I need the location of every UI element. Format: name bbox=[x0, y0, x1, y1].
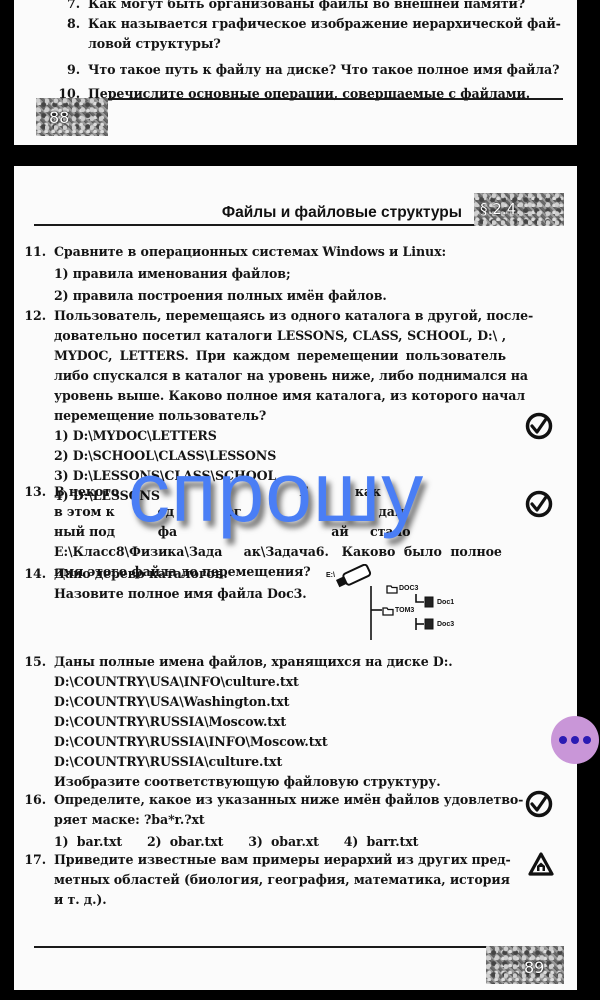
warning-house-icon bbox=[528, 852, 554, 876]
dot bbox=[583, 736, 591, 744]
file-icon bbox=[424, 618, 434, 630]
file-icon bbox=[424, 596, 434, 608]
check-circle-icon bbox=[525, 490, 553, 518]
previous-page: 7. Как могут быть организованы файлы во … bbox=[14, 0, 577, 145]
folder-icon bbox=[386, 584, 398, 594]
tree-lines bbox=[320, 562, 480, 642]
check-circle-icon bbox=[525, 412, 553, 440]
header-rule bbox=[34, 224, 474, 226]
footer-rule bbox=[34, 946, 486, 948]
page-number-badge: 88 bbox=[36, 98, 108, 136]
current-page: Файлы и файловые структуры § 2.4 11. Сра… bbox=[14, 166, 577, 990]
overlay-sticker-text: спрошу bbox=[128, 450, 424, 534]
directory-tree-figure: E:\ DOC3 Doc1 TOM3 Doc3 bbox=[320, 562, 480, 642]
section-badge: § 2.4 bbox=[474, 193, 564, 226]
footer-rule bbox=[106, 98, 563, 100]
more-options-button[interactable] bbox=[551, 716, 599, 764]
section-title: Файлы и файловые структуры bbox=[222, 204, 462, 222]
page-number-badge: 89 bbox=[486, 946, 564, 984]
folder-icon bbox=[382, 606, 394, 616]
check-circle-icon bbox=[525, 790, 553, 818]
dot bbox=[571, 736, 579, 744]
dot bbox=[559, 736, 567, 744]
